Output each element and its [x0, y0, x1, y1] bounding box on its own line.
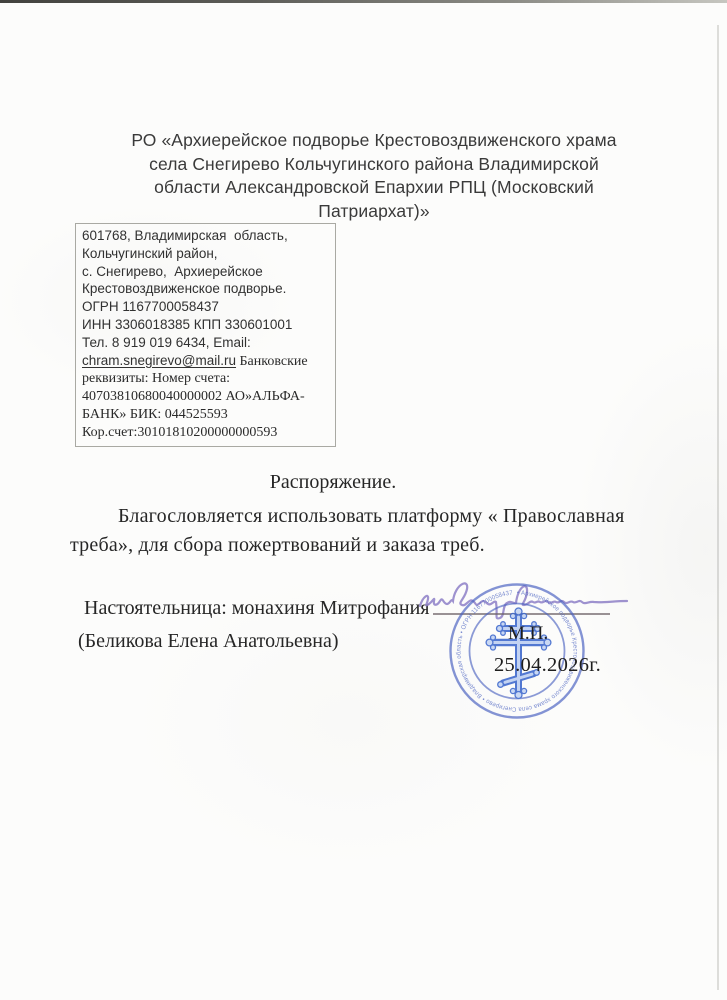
org-name-line: РО «Архиерейское подворье Крестовоздвиже…	[64, 129, 684, 153]
org-name-line: села Снегирево Кольчугинского района Вла…	[64, 153, 684, 177]
org-requisites-box: 601768, Владимирская область, Кольчугинс…	[75, 223, 336, 447]
doc-title: Распоряжение.	[0, 471, 666, 494]
requisites-line: Крестовоздвиженское подворье.	[82, 280, 335, 298]
requisites-line: с. Снегирево, Архиерейское	[82, 263, 335, 281]
body-text-line: треба», для сбора пожертвований и заказа…	[70, 534, 485, 557]
scanned-document-page: РО «Архиерейское подворье Крестовоздвиже…	[0, 0, 727, 1000]
church-round-stamp: • Архиерейское подворье Крестовоздвиженс…	[447, 581, 587, 721]
requisites-line: Кольчугинский район,	[82, 245, 335, 263]
org-name-line: области Александровской Епархии РПЦ (Мос…	[64, 176, 684, 200]
requisites-line: Кор.счет:30101810200000000593	[82, 424, 335, 442]
body-text-line: Благословляется использовать платформу «…	[118, 505, 625, 528]
doc-date: 25.04.2026г.	[494, 654, 601, 677]
requisites-text: Банковские	[236, 354, 308, 369]
requisites-line: реквизиты: Номер счета:	[82, 370, 335, 388]
scan-edge-artifact-right	[717, 25, 719, 990]
signatory-name: (Беликова Елена Анатольевна)	[78, 630, 339, 653]
scan-edge-artifact-top	[0, 0, 727, 3]
requisites-line: 601768, Владимирская область,	[82, 227, 335, 245]
stamp-place-label: М.П.	[508, 623, 548, 645]
requisites-line: 40703810680040000002 АО»АЛЬФА-	[82, 388, 335, 406]
org-name-line: Патриархат)»	[64, 200, 684, 224]
requisites-line: chram.snegirevo@mail.ru Банковские	[82, 352, 335, 371]
requisites-line: Тел. 8 919 019 6434, Email:	[82, 334, 335, 352]
signatory-title: Настоятельница: монахиня Митрофания	[84, 597, 430, 620]
org-name-heading: РО «Архиерейское подворье Крестовоздвиже…	[64, 129, 684, 223]
requisites-line: БАНК» БИК: 044525593	[82, 406, 335, 424]
email-address: chram.snegirevo@mail.ru	[82, 353, 236, 368]
requisites-line: ИНН 3306018385 КПП 330601001	[82, 316, 335, 334]
requisites-line: ОГРН 1167700058437	[82, 298, 335, 316]
